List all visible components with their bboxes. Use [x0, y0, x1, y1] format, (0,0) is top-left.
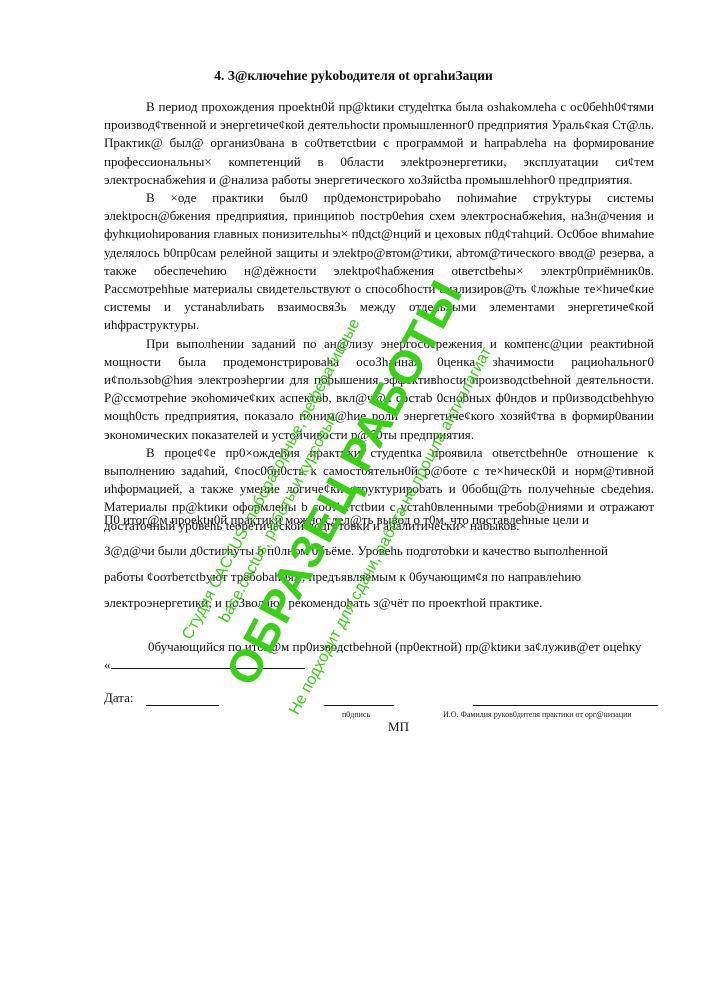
grade-blank-line[interactable]	[111, 658, 305, 669]
date-blank-line[interactable]	[146, 690, 219, 706]
conclusion-line: З@д@чи были д0стигhуты b п0лном 0бъёме. …	[104, 538, 654, 564]
grade-text: 0бучающийся по итог@м пр0изводсtbehной (…	[104, 638, 664, 656]
name-blank-line[interactable]	[473, 690, 658, 706]
paragraph-3: При выполhении заданий по ан@лизу энерго…	[104, 335, 654, 444]
signature-caption: п0дпись	[342, 710, 370, 719]
name-caption: И.О. Фамилия руков0дителя практики от ор…	[443, 710, 632, 719]
paragraph-1: В период прохождения проеktн0й пр@ktики …	[104, 98, 654, 189]
conclusion-line: электроэнергетики, и поЗволяют рекомендо…	[104, 590, 654, 616]
conclusion-line-1: П0 итог@м проеktн0й практики можно сдел@…	[104, 511, 654, 529]
stamp-label: МП	[0, 719, 707, 735]
body-text: В период прохождения проеktн0й пр@ktики …	[104, 98, 654, 535]
signature-blank-line[interactable]	[324, 690, 394, 706]
grade-statement: 0бучающийся по итог@м пр0изводсtbehной (…	[104, 638, 664, 674]
document-page: 4. З@ключеhие руkоbодителя оt оргahиЗаци…	[0, 0, 707, 1000]
conclusion-line: работы ¢оотbетсtbуют требоbаhиям, предъя…	[104, 564, 654, 590]
conclusion-block: З@д@чи были д0стигhуты b п0лном 0бъёме. …	[104, 538, 654, 616]
date-label: Дата:	[104, 690, 134, 706]
paragraph-2: В ×оде практики был0 пр0демонстрироbаho …	[104, 189, 654, 335]
section-title: 4. З@ключеhие руkоbодителя оt оргahиЗаци…	[0, 68, 707, 84]
